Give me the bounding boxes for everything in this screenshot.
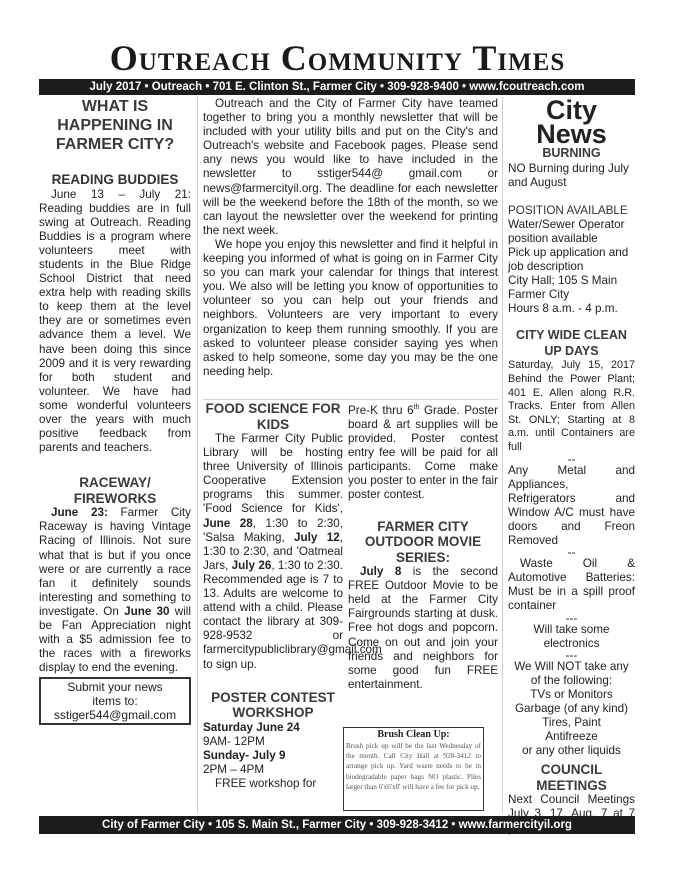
section-heading-cleanup: CITY WIDE CLEAN UP DAYS bbox=[508, 328, 635, 359]
column-left: WHAT IS HAPPENING IN FARMER CITY? READIN… bbox=[39, 97, 191, 725]
not-take-item: Garbage (of any kind) bbox=[508, 702, 635, 716]
separator: --- bbox=[508, 614, 635, 623]
intro-section: Outreach and the City of Farmer City hav… bbox=[203, 97, 498, 379]
intro-paragraph-2: We hope you enjoy this newsletter and fi… bbox=[203, 238, 498, 379]
section-heading-council: COUNCIL MEETINGS bbox=[508, 762, 635, 793]
brush-title: Brush Clean Up: bbox=[344, 729, 483, 741]
poster-body-b-pre: Pre-K thru 6 bbox=[348, 404, 414, 417]
submit-email[interactable]: sstiger544@gmail.com bbox=[41, 708, 189, 722]
column-divider-right bbox=[502, 97, 503, 813]
position-line: Pick up application and job description bbox=[508, 246, 635, 274]
section-heading-poster-contest: POSTER CONTEST WORKSHOP bbox=[203, 690, 343, 721]
poster-body-b-post: Grade. Poster board & art supplies will … bbox=[348, 404, 498, 502]
brush-body: Brush pick up will be the last Wednesday… bbox=[344, 741, 483, 792]
newsletter-title: Outreach Community Times bbox=[0, 38, 675, 78]
section-heading-burning: BURNING bbox=[508, 146, 635, 162]
position-line: City Hall; 105 S Main bbox=[508, 274, 635, 288]
position-line: Hours 8 a.m. - 4 p.m. bbox=[508, 302, 635, 316]
cleanup-body: Saturday, July 15, 2017 Behind the Power… bbox=[508, 359, 635, 454]
burning-body: NO Burning during July and August bbox=[508, 162, 635, 190]
food-date-1: June 28 bbox=[203, 517, 253, 530]
poster-time-1: 9AM- 12PM bbox=[203, 735, 343, 749]
brush-cleanup-box: Brush Clean Up: Brush pick up will be th… bbox=[343, 727, 484, 811]
raceway-date-2: June 30 bbox=[124, 605, 169, 618]
position-line: Water/Sewer Operator position available bbox=[508, 218, 635, 246]
submit-line-1: Submit your news bbox=[41, 680, 189, 694]
section-heading-raceway: RACEWAY/ FIREWORKS bbox=[39, 475, 191, 506]
intro-paragraph-1: Outreach and the City of Farmer City hav… bbox=[203, 97, 498, 238]
column-city-news: City News BURNING NO Burning during July… bbox=[508, 98, 635, 836]
food-date-3: July 26 bbox=[232, 559, 272, 572]
poster-body-a: FREE workshop for bbox=[203, 777, 343, 791]
submit-news-box: Submit your news items to: sstiger544@gm… bbox=[39, 677, 191, 725]
movie-body: July 8 is the second FREE Outdoor Movie … bbox=[348, 565, 498, 692]
footer-info-bar: City of Farmer City • 105 S. Main St., F… bbox=[39, 816, 635, 834]
column-middle-left: FOOD SCIENCE FOR KIDS The Farmer City Pu… bbox=[203, 401, 343, 791]
header-info-bar: July 2017 • Outreach • 701 E. Clinton St… bbox=[39, 79, 635, 95]
cleanup-electronics: Will take some electronics bbox=[508, 623, 635, 651]
position-line: Farmer City bbox=[508, 288, 635, 302]
city-news-title-2: News bbox=[508, 122, 635, 146]
position-heading: POSITION AVAILABLE bbox=[508, 204, 635, 218]
column-divider bbox=[197, 97, 198, 813]
not-take-item: TVs or Monitors bbox=[508, 688, 635, 702]
section-heading-food-science: FOOD SCIENCE FOR KIDS bbox=[203, 401, 343, 432]
poster-day-1: Saturday June 24 bbox=[203, 721, 343, 735]
raceway-body: June 23: Farmer City Raceway is having V… bbox=[39, 506, 191, 675]
raceway-date-1: June 23: bbox=[51, 506, 108, 519]
raceway-text-1: Farmer City Raceway is having Vintage Ra… bbox=[39, 506, 191, 618]
intro-divider bbox=[203, 399, 498, 400]
column-middle-right: Pre-K thru 6th Grade. Poster board & art… bbox=[348, 401, 498, 692]
not-take-item: or any other liquids bbox=[508, 744, 635, 758]
separator: -- bbox=[508, 455, 635, 464]
food-date-2: July 12 bbox=[294, 531, 340, 544]
not-take-item: Tires, Paint bbox=[508, 716, 635, 730]
separator: --- bbox=[508, 651, 635, 660]
cleanup-metal: Any Metal and Appliances, Refrigerators … bbox=[508, 464, 635, 549]
cleanup-oil: Waste Oil & Automotive Batteries: Must b… bbox=[508, 557, 635, 613]
poster-time-2: 2PM – 4PM bbox=[203, 763, 343, 777]
food-text-1: The Farmer City Public Library will be h… bbox=[203, 432, 343, 515]
section-heading-what-is-happening: WHAT IS HAPPENING IN FARMER CITY? bbox=[39, 97, 191, 154]
poster-day-2: Sunday- July 9 bbox=[203, 749, 343, 763]
section-heading-reading-buddies: READING BUDDIES bbox=[39, 172, 191, 188]
movie-text: is the second FREE Outdoor Movie to be h… bbox=[348, 565, 498, 691]
poster-body-b: Pre-K thru 6th Grade. Poster board & art… bbox=[348, 401, 498, 503]
movie-date: July 8 bbox=[360, 565, 401, 578]
cleanup-not-take-intro: We Will NOT take any of the following: bbox=[508, 660, 635, 688]
food-science-body: The Farmer City Public Library will be h… bbox=[203, 432, 343, 672]
separator: -- bbox=[508, 548, 635, 557]
reading-buddies-body: June 13 – July 21: Reading buddies are i… bbox=[39, 188, 191, 456]
section-heading-movie: FARMER CITY OUTDOOR MOVIE SERIES: bbox=[348, 519, 498, 566]
not-take-item: Antifreeze bbox=[508, 730, 635, 744]
submit-line-2: items to: bbox=[41, 694, 189, 708]
